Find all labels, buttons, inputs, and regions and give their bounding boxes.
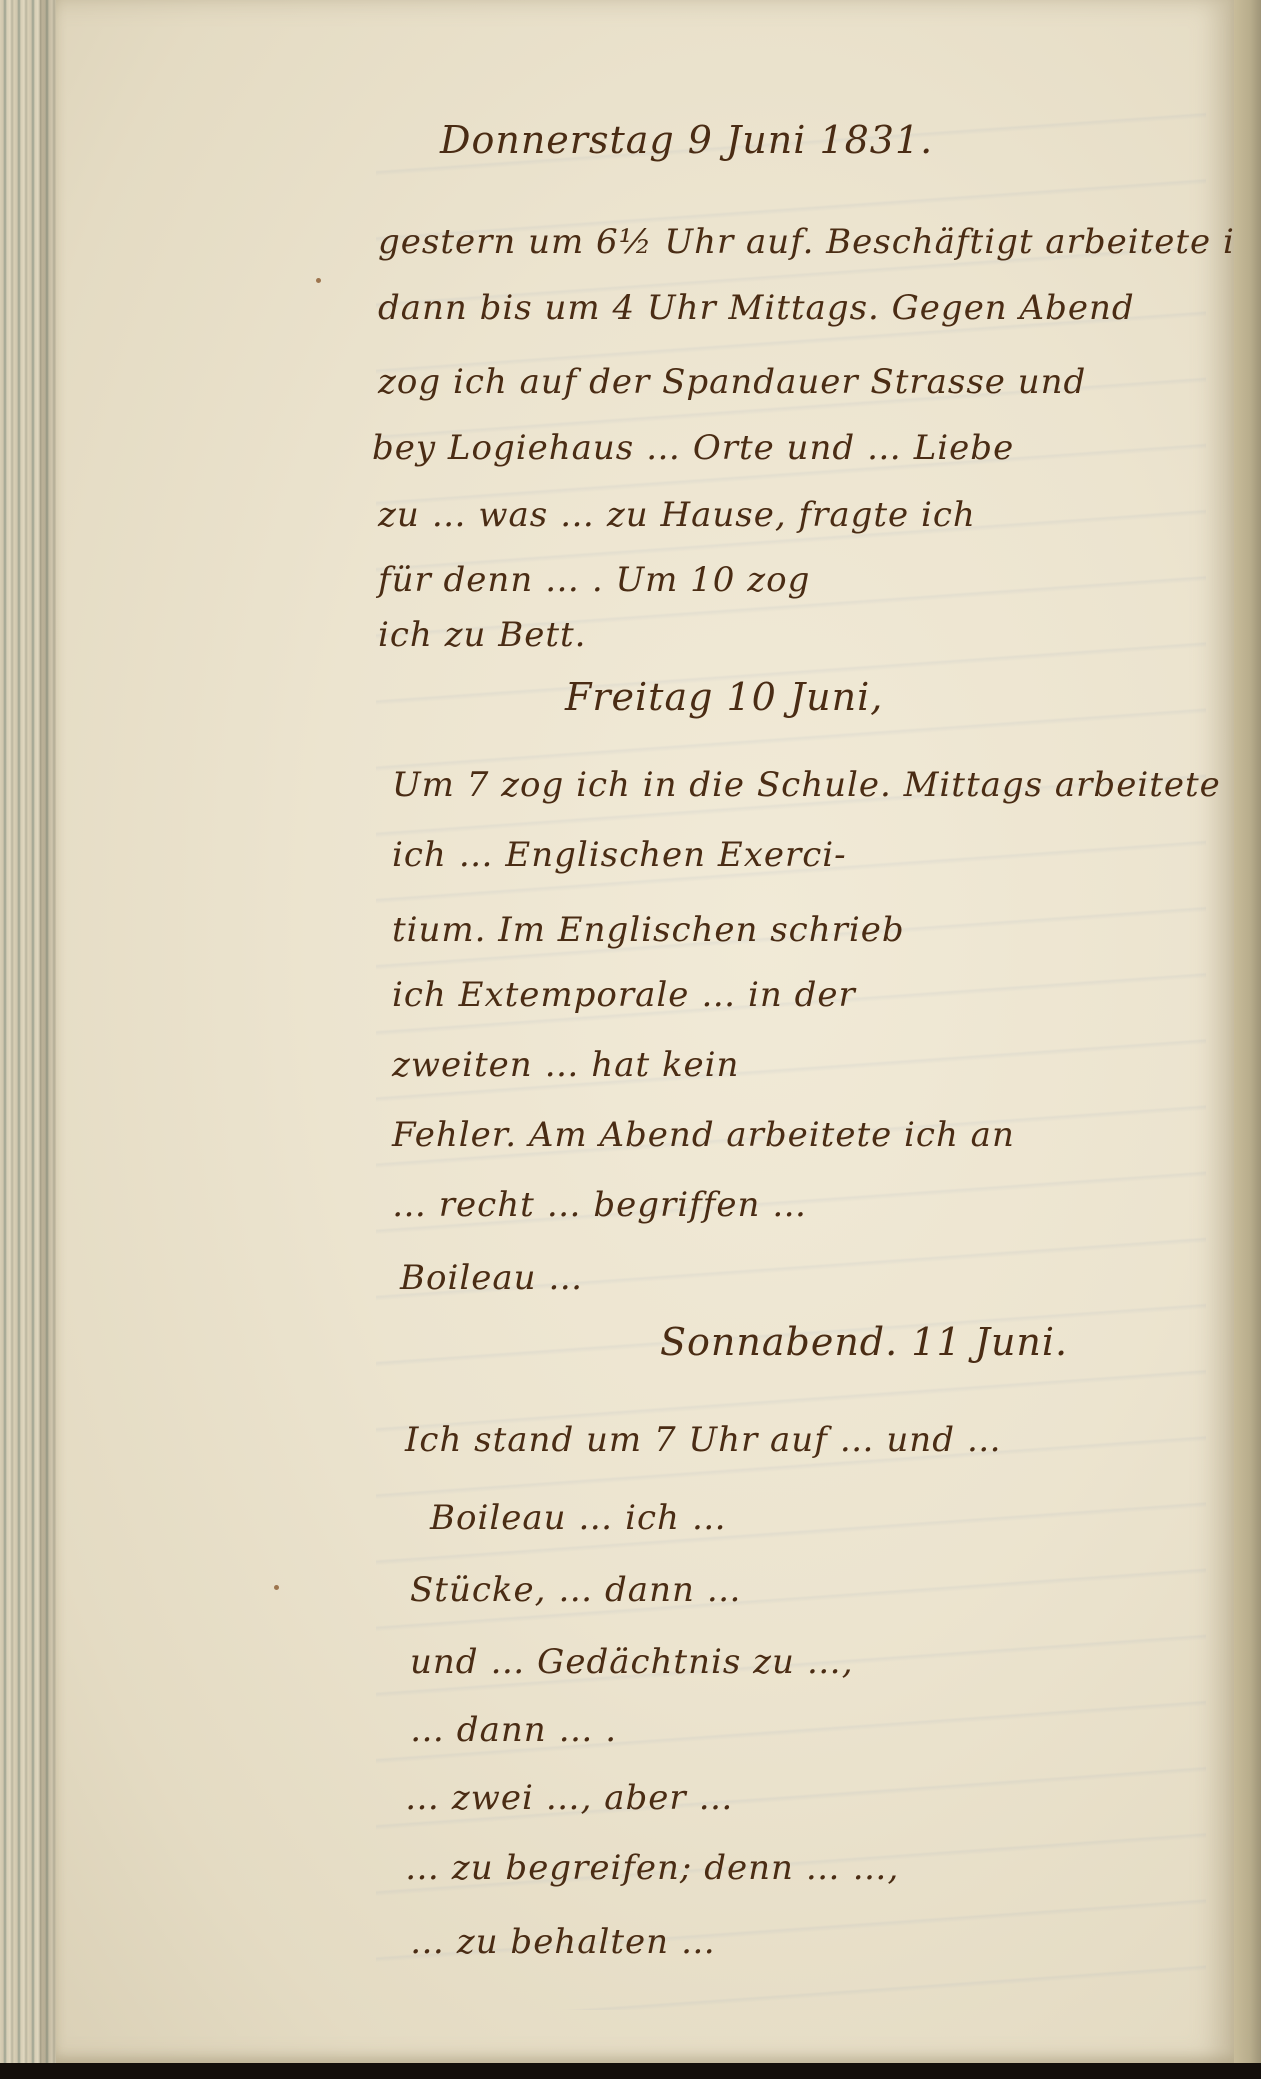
entry-line: dann bis um 4 Uhr Mittags. Gegen Abend — [378, 288, 1135, 328]
entry-line: gestern um 6½ Uhr auf. Beschäftigt arbei… — [378, 222, 1261, 262]
page-right-edge — [1234, 0, 1261, 2063]
entry-line: tium. Im Englischen schrieb — [392, 910, 905, 950]
entry-line: für denn … . Um 10 zog — [378, 560, 810, 600]
entry-line: Stücke, … dann … — [410, 1570, 742, 1610]
entry-line: … recht … begriffen … — [392, 1185, 807, 1225]
entry-line: ich … Englischen Exerci- — [392, 835, 847, 875]
entry-line: Ich stand um 7 Uhr auf … und … — [405, 1420, 1002, 1460]
ink-speck — [316, 278, 321, 283]
scan-bottom-border — [0, 2063, 1261, 2079]
entry-line: zweiten … hat kein — [392, 1045, 739, 1085]
entry-line: ich Extemporale … in der — [392, 975, 856, 1015]
ink-speck — [274, 1585, 279, 1590]
entry-line: … dann … . — [410, 1710, 617, 1750]
entry-line: bey Logiehaus … Orte und … Liebe — [372, 428, 1014, 468]
entry-line: … zwei …, aber … — [405, 1778, 733, 1818]
entry-line: … zu behalten … — [410, 1922, 716, 1962]
scanned-page: Donnerstag 9 Juni 1831. gestern um 6½ Uh… — [0, 0, 1261, 2079]
entry-line: … zu begreifen; denn … …, — [405, 1848, 899, 1888]
entry-line: und … Gedächtnis zu …, — [410, 1642, 854, 1682]
entry-line: Boileau … ich … — [430, 1498, 727, 1538]
entry-line: ich zu Bett. — [378, 615, 586, 655]
entry-heading: Donnerstag 9 Juni 1831. — [440, 118, 933, 162]
entry-heading: Freitag 10 Juni, — [565, 675, 883, 719]
entry-heading: Sonnabend. 11 Juni. — [660, 1320, 1068, 1364]
entry-line: zog ich auf der Spandauer Strasse und — [378, 362, 1086, 402]
entry-line: Fehler. Am Abend arbeitete ich an — [392, 1115, 1015, 1155]
entry-line: Um 7 zog ich in die Schule. Mittags arbe… — [392, 765, 1221, 805]
entry-line: zu … was … zu Hause, fragte ich — [378, 495, 976, 535]
entry-line: Boileau … — [400, 1258, 583, 1298]
